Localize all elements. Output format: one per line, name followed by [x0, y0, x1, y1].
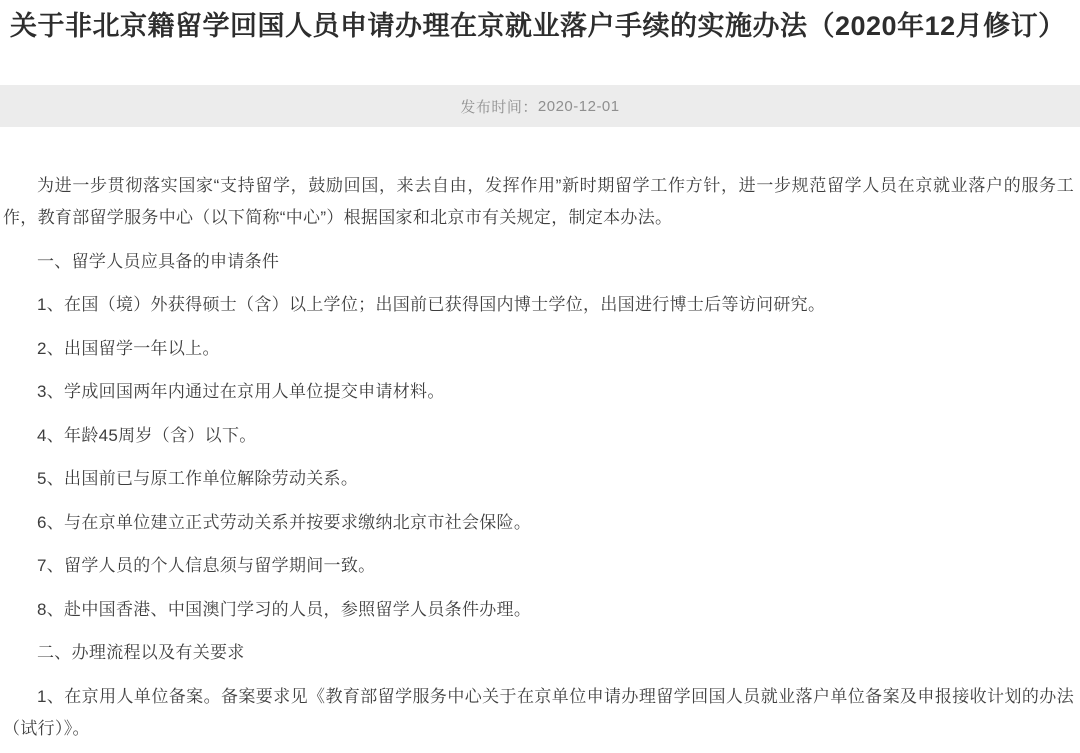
- article-item-8: 8、赴中国香港、中国澳门学习的人员，参照留学人员条件办理。: [3, 594, 1074, 626]
- article-item-5: 5、出国前已与原工作单位解除劳动关系。: [3, 463, 1074, 495]
- publish-time-bar: 发布时间：2020-12-01: [0, 85, 1080, 127]
- article-body: 为进一步贯彻落实国家“支持留学，鼓励回国，来去自由，发挥作用”新时期留学工作方针…: [0, 170, 1080, 745]
- article-paragraph-intro: 为进一步贯彻落实国家“支持留学，鼓励回国，来去自由，发挥作用”新时期留学工作方针…: [3, 170, 1074, 234]
- article-item-3: 3、学成回国两年内通过在京用人单位提交申请材料。: [3, 376, 1074, 408]
- publish-time-label: 发布时间：: [460, 96, 538, 117]
- article-item-1: 1、在国（境）外获得硕士（含）以上学位；出国前已获得国内博士学位，出国进行博士后…: [3, 289, 1074, 321]
- article-item-2: 2、出国留学一年以上。: [3, 333, 1074, 365]
- article-item-4: 4、年龄45周岁（含）以下。: [3, 420, 1074, 452]
- publish-date: 2020-12-01: [538, 98, 620, 115]
- document-page: 关于非北京籍留学回国人员申请办理在京就业落户手续的实施办法（2020年12月修订…: [0, 7, 1080, 753]
- article-section-2-item-1: 1、在京用人单位备案。备案要求见《教育部留学服务中心关于在京单位申请办理留学回国…: [3, 681, 1074, 745]
- article-section-1-heading: 一、留学人员应具备的申请条件: [3, 246, 1074, 278]
- article-section-2-heading: 二、办理流程以及有关要求: [3, 637, 1074, 669]
- article-item-7: 7、留学人员的个人信息须与留学期间一致。: [3, 550, 1074, 582]
- article-item-6: 6、与在京单位建立正式劳动关系并按要求缴纳北京市社会保险。: [3, 507, 1074, 539]
- page-title: 关于非北京籍留学回国人员申请办理在京就业落户手续的实施办法（2020年12月修订…: [10, 7, 1066, 45]
